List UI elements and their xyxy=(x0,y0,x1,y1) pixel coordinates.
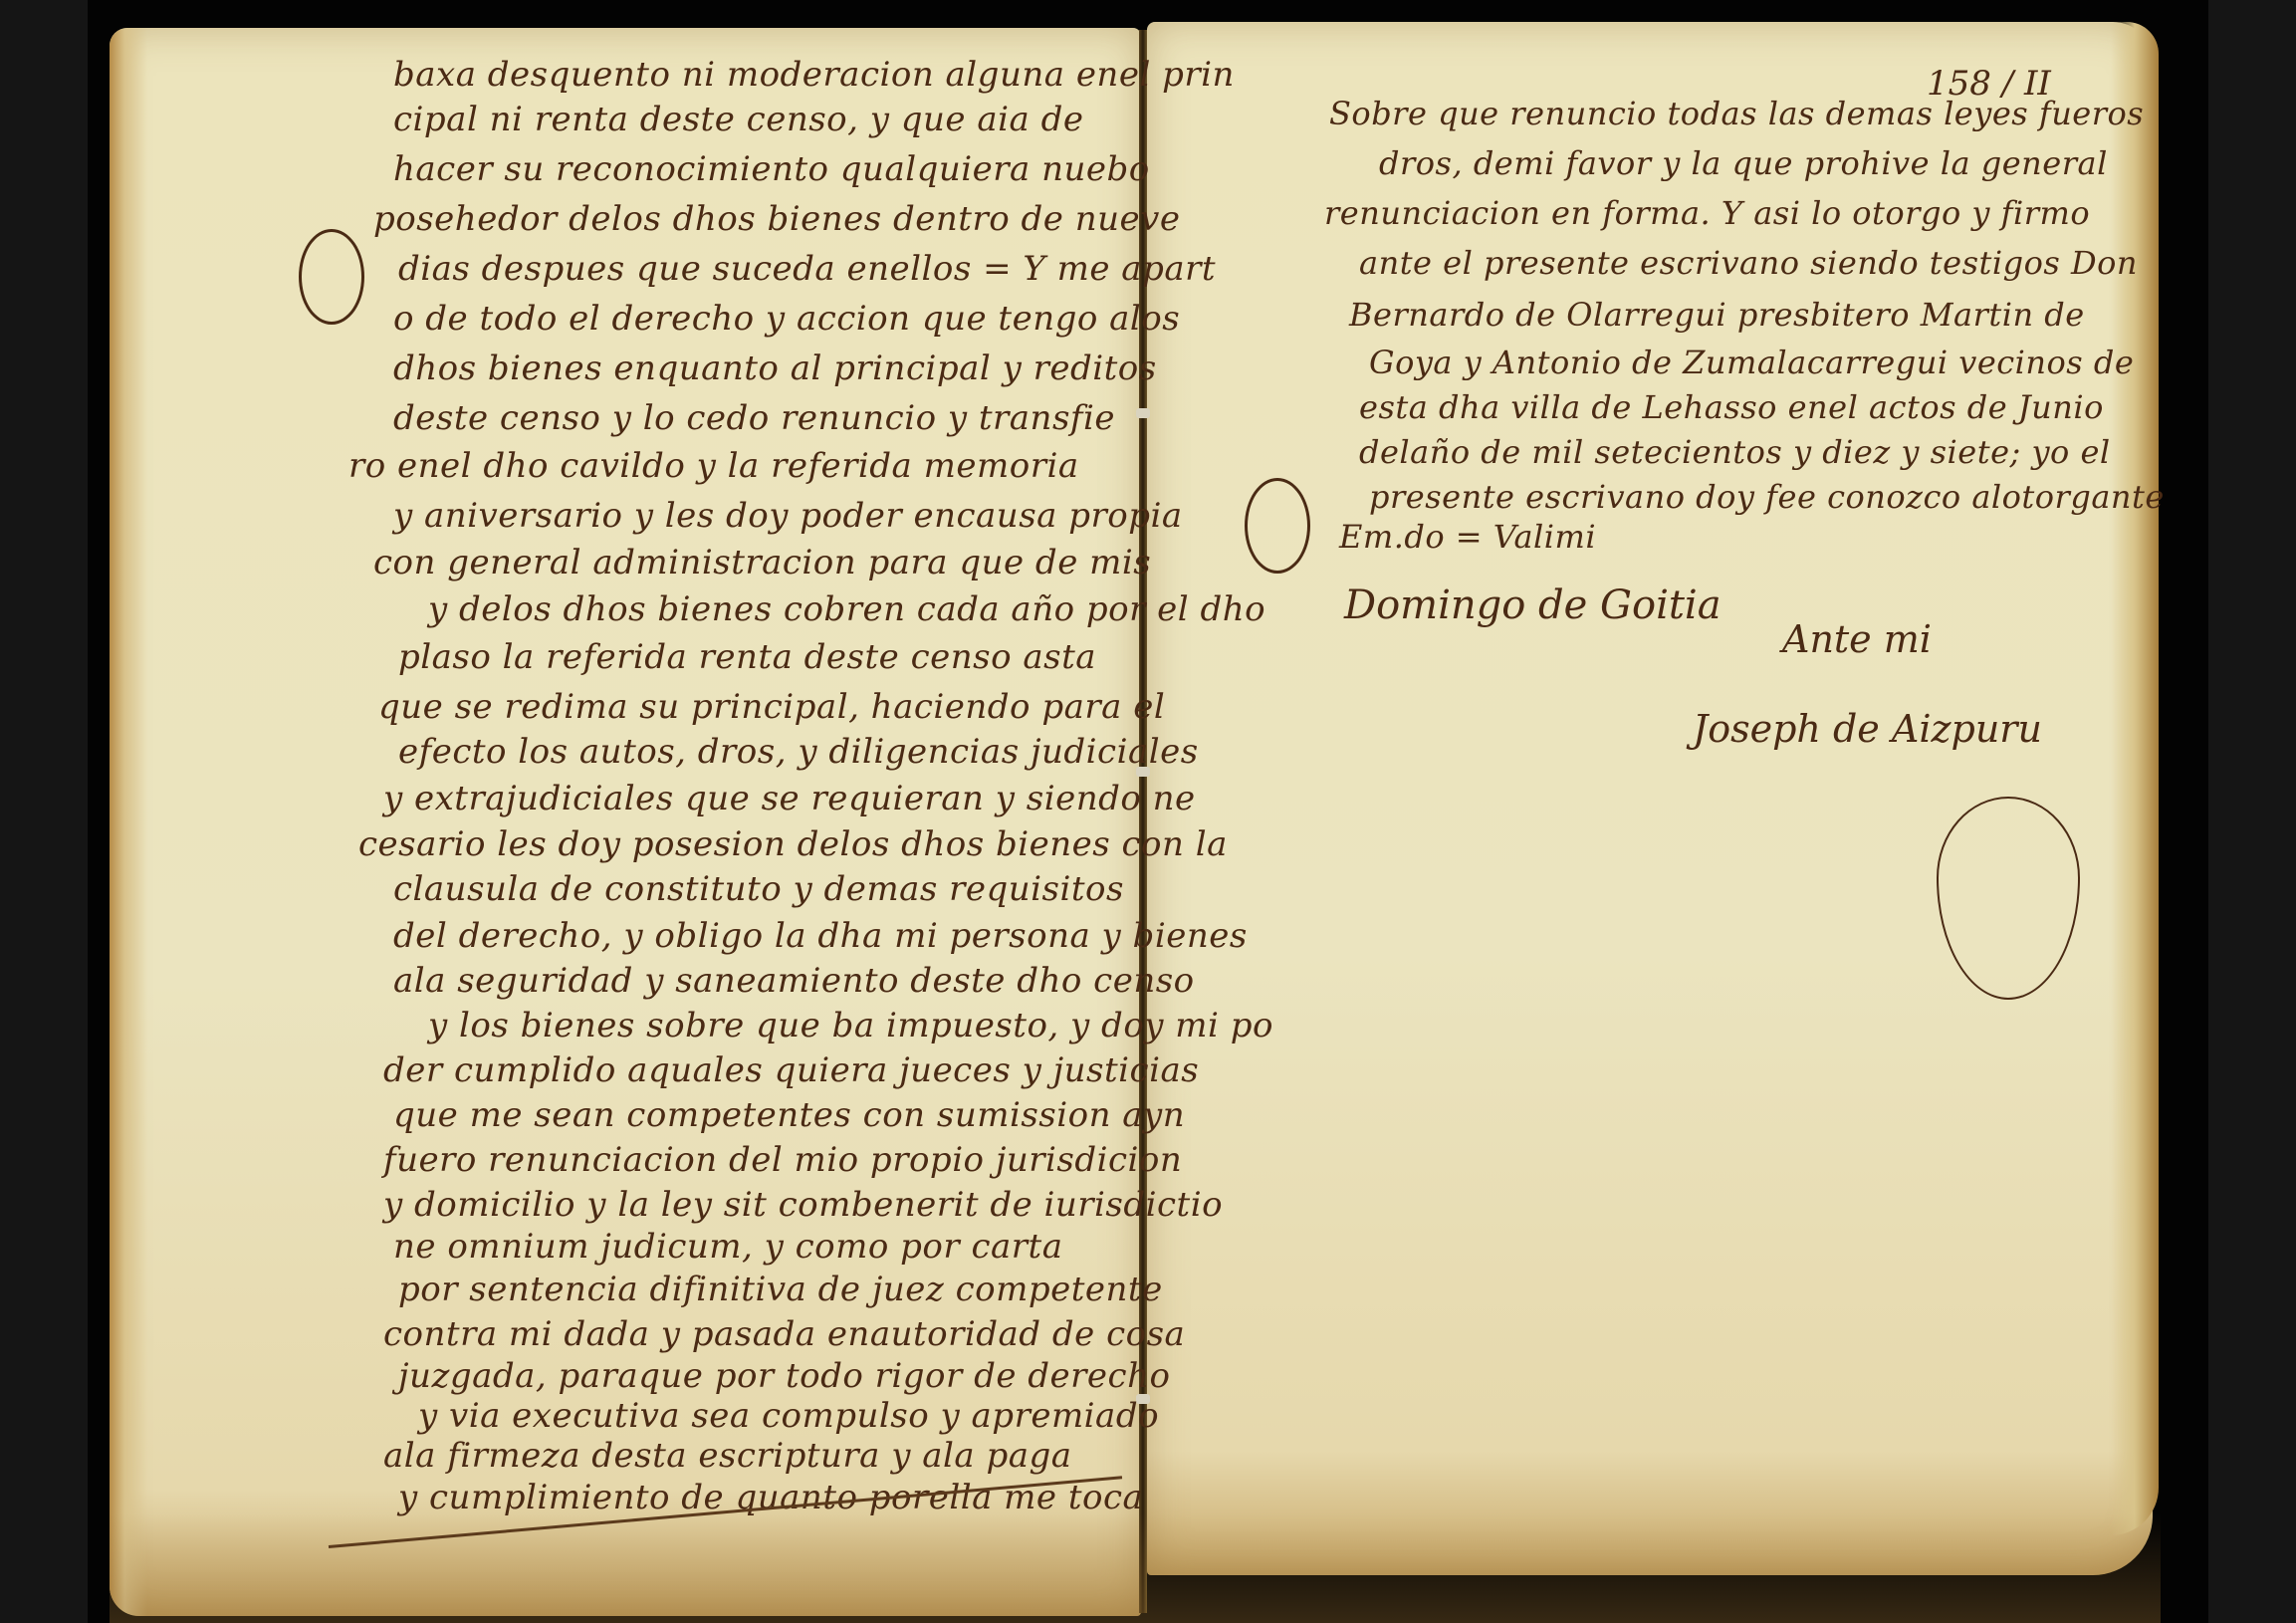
signature-ante-mi: Ante mi xyxy=(1782,617,1932,661)
manuscript-line: Em.do = Valimi xyxy=(1339,518,1596,556)
manuscript-line: renunciacion en forma. Y asi lo otorgo y… xyxy=(1324,194,2090,232)
left-page-edge xyxy=(110,28,147,1616)
manuscript-line: o de todo el derecho y accion que tengo … xyxy=(393,299,1180,339)
manuscript-line: y extrajudiciales que se requieran y sie… xyxy=(383,779,1196,818)
manuscript-line: hacer su reconocimiento qualquiera nuebo xyxy=(393,149,1150,189)
manuscript-line: ne omnium judicum, y como por carta xyxy=(393,1227,1062,1267)
signature-joseph-de-aizpuru: Joseph de Aizpuru xyxy=(1693,707,2042,751)
manuscript-line: posehedor delos dhos bienes dentro de nu… xyxy=(373,199,1180,239)
manuscript-line: esta dha villa de Lehasso enel actos de … xyxy=(1359,388,2104,426)
manuscript-line: delaño de mil setecientos y diez y siete… xyxy=(1359,433,2111,471)
manuscript-line: Sobre que renuncio todas las demas leyes… xyxy=(1329,95,2144,132)
manuscript-line: y los bienes sobre que ba impuesto, y do… xyxy=(428,1006,1273,1045)
manuscript-line: con general administracion para que de m… xyxy=(373,543,1151,582)
manuscript-line: ala seguridad y saneamiento deste dho ce… xyxy=(393,961,1195,1001)
manuscript-line: y domicilio y la ley sit combenerit de i… xyxy=(383,1185,1223,1225)
manuscript-line: dhos bienes enquanto al principal y redi… xyxy=(393,348,1157,388)
manuscript-line: baxa desquento ni moderacion alguna enel… xyxy=(393,55,1235,95)
manuscript-line: Goya y Antonio de Zumalacarregui vecinos… xyxy=(1369,344,2134,381)
manuscript-line: por sentencia difinitiva de juez compete… xyxy=(398,1270,1163,1309)
manuscript-line: plaso la referida renta deste censo asta xyxy=(398,637,1096,677)
manuscript-line: Bernardo de Olarregui presbitero Martin … xyxy=(1349,296,2085,334)
manuscript-line: del derecho, y obligo la dha mi persona … xyxy=(393,916,1248,956)
manuscript-line: que me sean competentes con sumission ay… xyxy=(393,1095,1185,1135)
manuscript-line: ante el presente escrivano siendo testig… xyxy=(1359,244,2138,282)
marginal-flourish xyxy=(299,229,364,325)
manuscript-line: cesario les doy posesion delos dhos bien… xyxy=(358,824,1228,864)
manuscript-line: juzgada, paraque por todo rigor de derec… xyxy=(398,1356,1170,1396)
manuscript-line: y aniversario y les doy poder encausa pr… xyxy=(393,496,1183,536)
manuscript-line: que se redima su principal, haciendo par… xyxy=(378,687,1165,727)
binding-stitch xyxy=(1136,408,1150,418)
manuscript-line: der cumplido aquales quiera jueces y jus… xyxy=(383,1050,1199,1090)
manuscript-line: dias despues que suceda enellos = Y me a… xyxy=(398,249,1216,289)
manuscript-line: presente escrivano doy fee conozco aloto… xyxy=(1369,478,2165,516)
marginal-flourish xyxy=(1245,478,1310,574)
manuscript-line: y delos dhos bienes cobren cada año por … xyxy=(428,589,1265,629)
manuscript-line: y via executiva sea compulso y apremiado xyxy=(418,1396,1159,1436)
manuscript-line: clausula de constituto y demas requisito… xyxy=(393,869,1124,909)
manuscript-line: ro enel dho cavildo y la referida memori… xyxy=(348,446,1079,486)
signature-domingo-de-goitia: Domingo de Goitia xyxy=(1344,582,1722,628)
water-stain xyxy=(110,1513,2161,1623)
manuscript-line: fuero renunciacion del mio propio jurisd… xyxy=(383,1140,1182,1180)
manuscript-line: dros, demi favor y la que prohive la gen… xyxy=(1379,144,2108,182)
manuscript-line: contra mi dada y pasada enautoridad de c… xyxy=(383,1314,1185,1354)
manuscript-line: ala firmeza desta escriptura y ala paga xyxy=(383,1436,1072,1476)
manuscript-line: efecto los autos, dros, y diligencias ju… xyxy=(398,732,1199,772)
manuscript-line: cipal ni renta deste censo, y que aia de xyxy=(393,100,1083,139)
manuscript-line: deste censo y lo cedo renuncio y transfi… xyxy=(393,398,1115,438)
